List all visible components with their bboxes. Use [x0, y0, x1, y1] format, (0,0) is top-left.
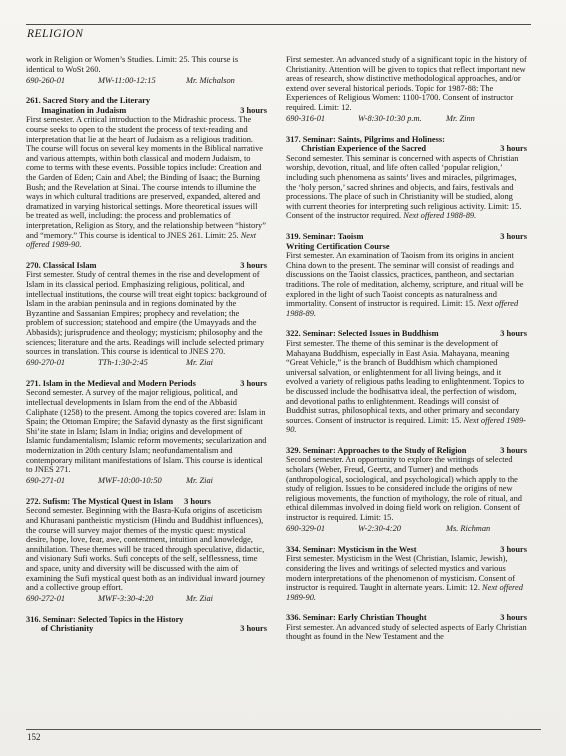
course-description: First semester. An advanced study of a s…: [286, 55, 527, 113]
description-text: Second semester. A survey of the major r…: [26, 388, 266, 474]
credit-hours: 3 hours: [240, 624, 267, 634]
course-title: 272. Sufism: The Mystical Quest in Islam: [26, 497, 173, 507]
course-entry: 334. Seminar: Mysticism in the West3 hou…: [286, 545, 527, 603]
course-entry: work in Religion or Women’s Studies. Lim…: [26, 55, 267, 85]
page-content: work in Religion or Women’s Studies. Lim…: [26, 55, 527, 642]
heading-line: 272. Sufism: The Mystical Quest in Islam…: [26, 497, 267, 507]
header-rule: [26, 24, 531, 25]
course-title: 322. Seminar: Selected Issues in Buddhis…: [286, 329, 439, 339]
course-heading: 329. Seminar: Approaches to the Study of…: [286, 446, 527, 456]
instructor-name: Mr. Ziai: [186, 358, 213, 367]
credit-hours: 3 hours: [500, 329, 527, 339]
course-heading: 271. Islam in the Medieval and Modern Pe…: [26, 379, 267, 389]
right-column: First semester. An advanced study of a s…: [286, 55, 527, 642]
next-offered-note: Next offered 1988-89.: [403, 211, 476, 220]
course-title: of Christianity: [26, 624, 93, 634]
heading-line: Imagination in Judaism3 hours: [26, 106, 267, 116]
heading-line: 317. Seminar: Saints, Pilgrims and Holin…: [286, 135, 527, 145]
description-text: First semester. A critical introduction …: [26, 115, 266, 239]
meeting-time: MWF-10:00-10:50: [98, 476, 186, 486]
course-description: First semester. A critical introduction …: [26, 115, 267, 249]
course-entry: 322. Seminar: Selected Issues in Buddhis…: [286, 329, 527, 435]
course-description: First semester. Study of central themes …: [26, 270, 267, 356]
course-entry: First semester. An advanced study of a s…: [286, 55, 527, 124]
course-description: First semester. The theme of this semina…: [286, 339, 527, 435]
course-title: Writing Certification Course: [286, 242, 390, 252]
course-title: 261. Sacred Story and the Literary: [26, 96, 150, 106]
credit-hours: 3 hours: [240, 106, 267, 116]
course-number: 690-271-01: [26, 476, 98, 486]
schedule-line: 690-271-01MWF-10:00-10:50Mr. Ziai: [26, 476, 267, 486]
instructor-name: Mr. Michalson: [186, 76, 235, 85]
course-heading: 322. Seminar: Selected Issues in Buddhis…: [286, 329, 527, 339]
meeting-time: TTh-1:30-2:45: [98, 358, 186, 368]
course-title: 316. Seminar: Selected Topics in the His…: [26, 615, 184, 625]
heading-line: 334. Seminar: Mysticism in the West3 hou…: [286, 545, 527, 555]
course-title: 317. Seminar: Saints, Pilgrims and Holin…: [286, 135, 445, 145]
course-description: Second semester. An opportunity to explo…: [286, 455, 527, 522]
course-description: First semester. An advanced study of sel…: [286, 623, 527, 642]
credit-hours: 3 hours: [184, 497, 211, 507]
heading-line: of Christianity3 hours: [26, 624, 267, 634]
course-title: 271. Islam in the Medieval and Modern Pe…: [26, 379, 196, 389]
course-title: Christian Experience of the Sacred: [286, 144, 426, 154]
schedule-line: 690-329-01W-2:30-4:20Ms. Richman: [286, 524, 527, 534]
course-number: 690-272-01: [26, 594, 98, 604]
course-number: 690-260-01: [26, 76, 98, 86]
credit-hours: 3 hours: [500, 232, 527, 242]
description-text: First semester. The theme of this semina…: [286, 339, 524, 425]
credit-hours: 3 hours: [500, 613, 527, 623]
course-entry: 316. Seminar: Selected Topics in the His…: [26, 615, 267, 634]
footer-rule: [26, 729, 541, 730]
course-entry: 336. Seminar: Early Christian Thought3 h…: [286, 613, 527, 642]
course-entry: 317. Seminar: Saints, Pilgrims and Holin…: [286, 135, 527, 221]
schedule-line: 690-270-01TTh-1:30-2:45Mr. Ziai: [26, 358, 267, 368]
course-description: First semester. An examination of Taoism…: [286, 251, 527, 318]
course-entry: 261. Sacred Story and the LiteraryImagin…: [26, 96, 267, 250]
description-text: First semester. An advanced study of a s…: [286, 55, 527, 112]
heading-line: 271. Islam in the Medieval and Modern Pe…: [26, 379, 267, 389]
scan-page: { "page": { "header_title": "RELIGION", …: [0, 0, 566, 756]
heading-line: 336. Seminar: Early Christian Thought3 h…: [286, 613, 527, 623]
course-description: First semester. Mysticism in the West (C…: [286, 554, 527, 602]
course-title: 270. Classical Islam: [26, 261, 97, 271]
heading-line: 329. Seminar: Approaches to the Study of…: [286, 446, 527, 456]
course-number: 690-270-01: [26, 358, 98, 368]
course-title: 336. Seminar: Early Christian Thought: [286, 613, 427, 623]
credit-hours: 3 hours: [240, 379, 267, 389]
course-entry: 272. Sufism: The Mystical Quest in Islam…: [26, 497, 267, 604]
heading-line: 261. Sacred Story and the Literary: [26, 96, 267, 106]
page-title: RELIGION: [27, 28, 83, 40]
left-column: work in Religion or Women’s Studies. Lim…: [26, 55, 267, 642]
heading-line: 319. Seminar: Taoism3 hours: [286, 232, 527, 242]
meeting-time: MWF-3:30-4:20: [98, 594, 186, 604]
heading-line: 316. Seminar: Selected Topics in the His…: [26, 615, 267, 625]
instructor-name: Ms. Richman: [446, 524, 490, 533]
page-number: 152: [27, 732, 41, 742]
course-heading: 270. Classical Islam3 hours: [26, 261, 267, 271]
instructor-name: Mr. Ziai: [186, 476, 213, 485]
credit-hours: 3 hours: [500, 446, 527, 456]
course-heading: 336. Seminar: Early Christian Thought3 h…: [286, 613, 527, 623]
course-entry: 271. Islam in the Medieval and Modern Pe…: [26, 379, 267, 486]
course-description: Second semester. This seminar is concern…: [286, 154, 527, 221]
course-heading: 272. Sufism: The Mystical Quest in Islam…: [26, 497, 267, 507]
course-description: work in Religion or Women’s Studies. Lim…: [26, 55, 267, 74]
heading-line: 322. Seminar: Selected Issues in Buddhis…: [286, 329, 527, 339]
instructor-name: Mr. Ziai: [186, 594, 213, 603]
course-title: 329. Seminar: Approaches to the Study of…: [286, 446, 466, 456]
heading-line: Christian Experience of the Sacred3 hour…: [286, 144, 527, 154]
course-title: 334. Seminar: Mysticism in the West: [286, 545, 417, 555]
instructor-name: Mr. Zinn: [446, 114, 475, 123]
course-description: Second semester. A survey of the major r…: [26, 388, 267, 474]
meeting-time: W-8:30-10:30 p.m.: [358, 114, 446, 124]
heading-line: 270. Classical Islam3 hours: [26, 261, 267, 271]
course-number: 690-316-01: [286, 114, 358, 124]
schedule-line: 690-316-01W-8:30-10:30 p.m.Mr. Zinn: [286, 114, 527, 124]
course-title: 319. Seminar: Taoism: [286, 232, 363, 242]
course-entry: 329. Seminar: Approaches to the Study of…: [286, 446, 527, 534]
course-description: Second semester. Beginning with the Basr…: [26, 506, 267, 592]
schedule-line: 690-272-01MWF-3:30-4:20Mr. Ziai: [26, 594, 267, 604]
description-text: First semester. Mysticism in the West (C…: [286, 554, 515, 592]
credit-hours: 3 hours: [500, 144, 527, 154]
course-heading: 261. Sacred Story and the LiteraryImagin…: [26, 96, 267, 115]
description-text: First semester. An advanced study of sel…: [286, 623, 527, 642]
description-text: Second semester. An opportunity to explo…: [286, 455, 522, 522]
credit-hours: 3 hours: [500, 545, 527, 555]
course-entry: 270. Classical Islam3 hoursFirst semeste…: [26, 261, 267, 368]
heading-line: Writing Certification Course: [286, 242, 527, 252]
description-text: work in Religion or Women’s Studies. Lim…: [26, 55, 238, 74]
schedule-line: 690-260-01MW-11:00-12:15Mr. Michalson: [26, 76, 267, 86]
course-entry: 319. Seminar: Taoism3 hoursWriting Certi…: [286, 232, 527, 318]
course-title: Imagination in Judaism: [26, 106, 126, 116]
course-heading: 316. Seminar: Selected Topics in the His…: [26, 615, 267, 634]
course-number: 690-329-01: [286, 524, 358, 534]
meeting-time: W-2:30-4:20: [358, 524, 446, 534]
course-heading: 334. Seminar: Mysticism in the West3 hou…: [286, 545, 527, 555]
meeting-time: MW-11:00-12:15: [98, 76, 186, 86]
description-text: Second semester. Beginning with the Basr…: [26, 506, 265, 592]
credit-hours: 3 hours: [240, 261, 267, 271]
course-heading: 319. Seminar: Taoism3 hoursWriting Certi…: [286, 232, 527, 251]
description-text: First semester. Study of central themes …: [26, 270, 267, 356]
course-heading: 317. Seminar: Saints, Pilgrims and Holin…: [286, 135, 527, 154]
